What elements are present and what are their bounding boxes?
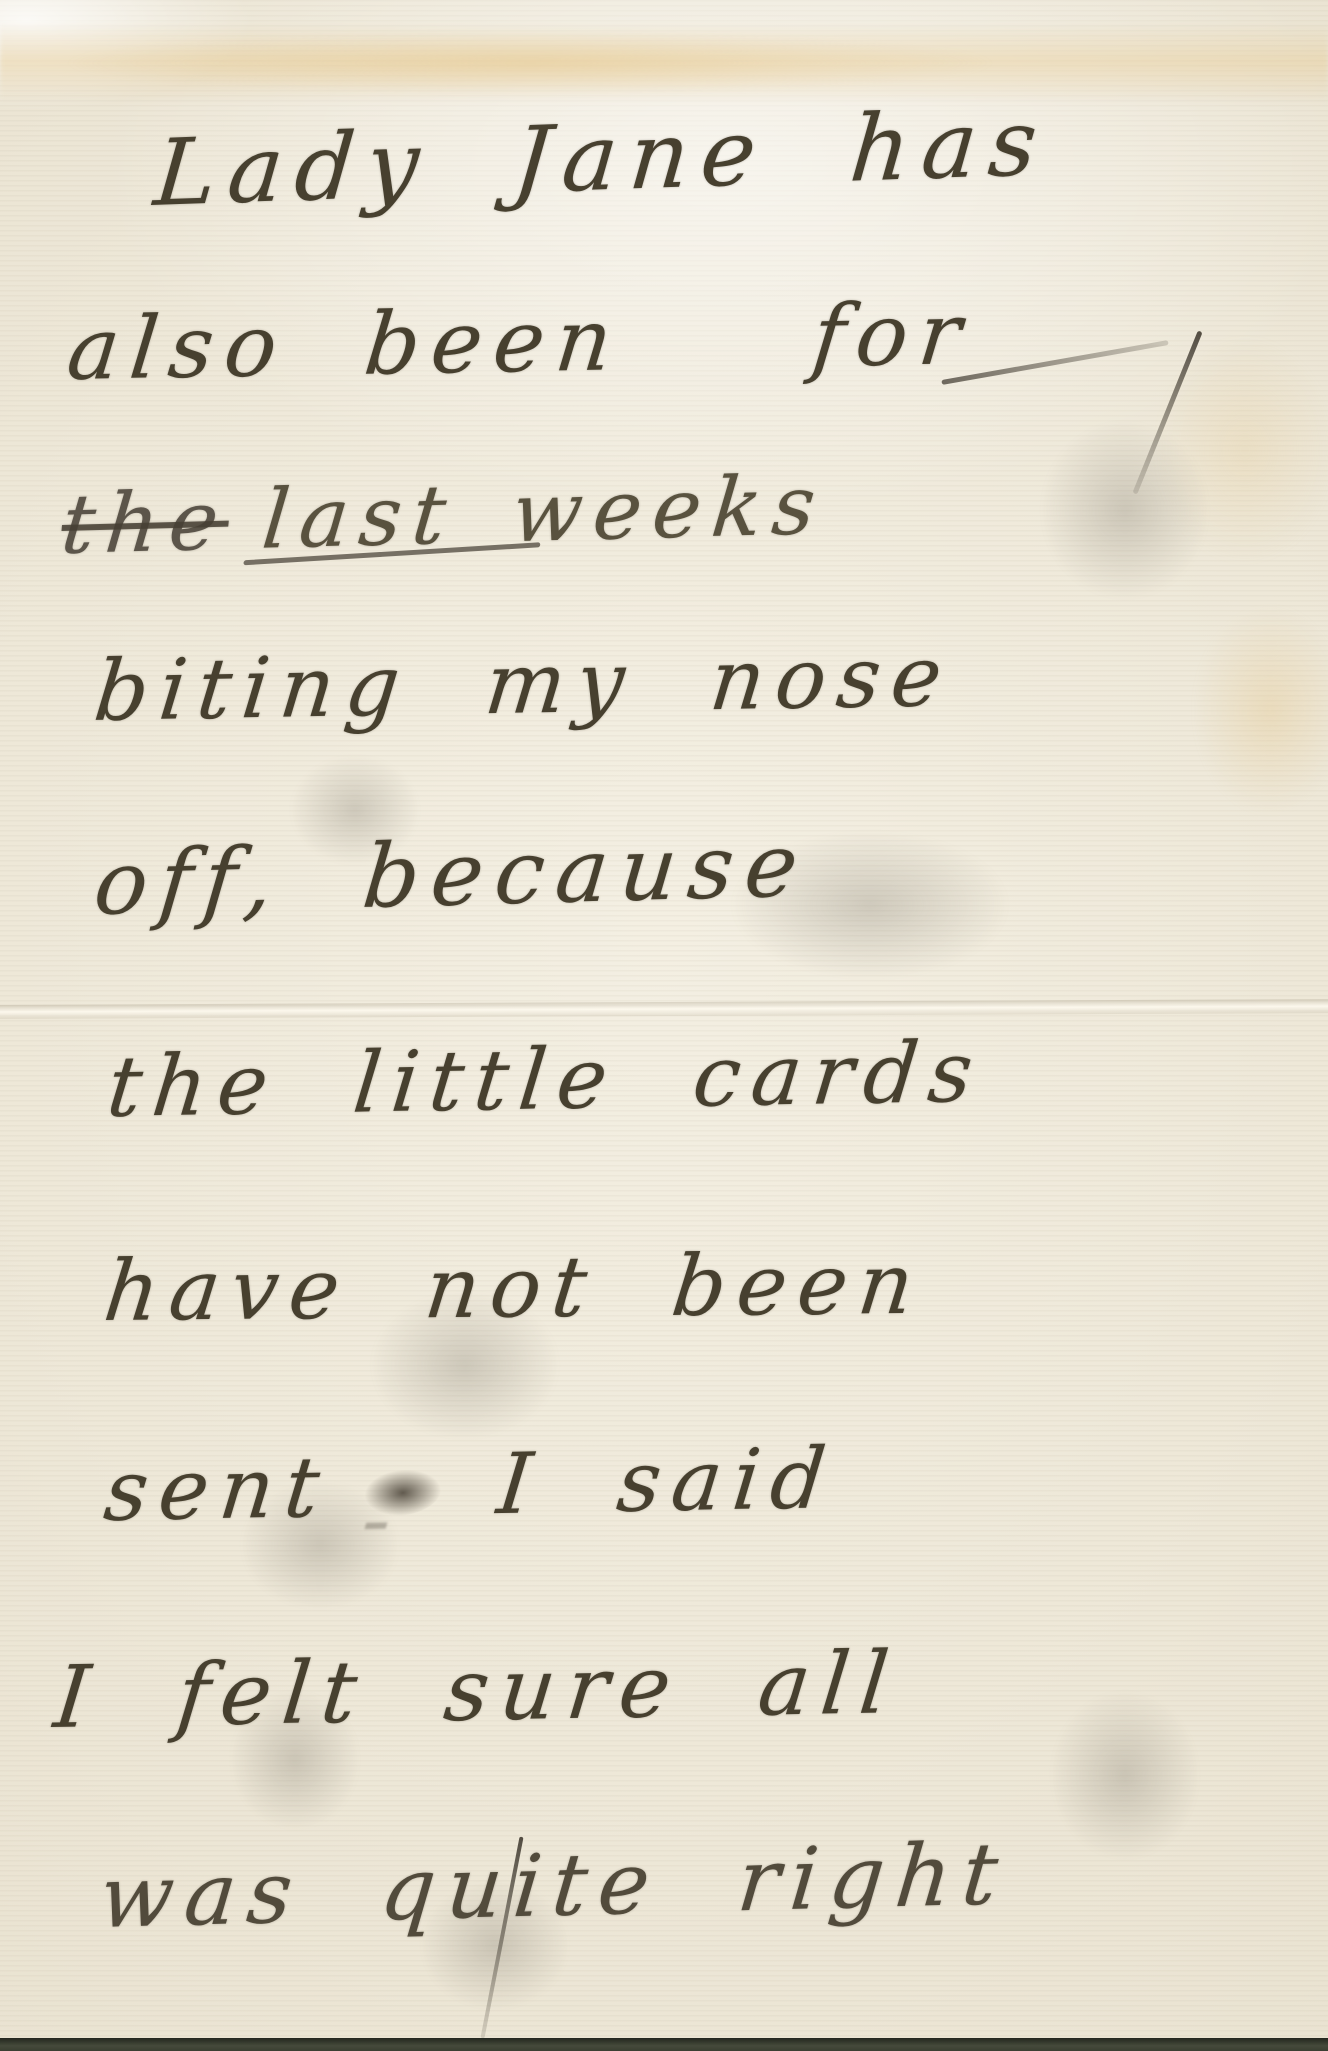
pen-flourish-been-swash — [941, 340, 1168, 385]
handwriting-text: last — [258, 468, 461, 568]
handwriting-text: weeks — [508, 458, 830, 561]
handwriting-text: was quite right — [95, 1824, 1013, 1948]
struck-out-word: the — [57, 474, 233, 573]
fold-crease — [0, 999, 1328, 1019]
age-stain-right — [1190, 600, 1328, 820]
handwriting-text: sent — [100, 1438, 335, 1540]
handwriting-text: I said — [493, 1429, 841, 1533]
handwriting-text: I felt sure all — [50, 1633, 905, 1748]
handwriting-line-4: biting my nose — [90, 627, 958, 740]
handwriting-line-10: was quite right — [95, 1824, 1013, 1948]
handwriting-line-7: have not been — [99, 1235, 929, 1340]
handwriting-line-1: Lady Jane has — [150, 89, 1053, 227]
handwriting-text: for — [808, 284, 977, 387]
ink-dash-blob: - — [363, 1469, 444, 1516]
handwriting-text: biting my nose — [90, 627, 958, 740]
letter-page: Lady Jane has also beenfor thelastweeks … — [0, 0, 1328, 2051]
handwriting-text: off, because — [90, 813, 814, 935]
age-stain-band-strong — [40, 30, 1020, 96]
handwriting-line-2: also beenfor — [63, 284, 977, 400]
ink-blot — [1040, 420, 1210, 600]
handwriting-text: also been — [63, 290, 628, 400]
handwriting-text: have not been — [99, 1235, 929, 1340]
handwriting-line-3: thelastweeks — [57, 458, 830, 573]
ink-blot — [1050, 1690, 1200, 1860]
handwriting-text: the little cards — [103, 1023, 988, 1136]
handwriting-text: Lady Jane has — [150, 89, 1053, 227]
scan-edge-strip — [0, 2038, 1328, 2051]
letter-scan: { "document": { "kind": "handwritten-let… — [0, 0, 1328, 2051]
handwriting-line-5: off, because — [90, 813, 814, 935]
handwriting-line-8: sent-I said — [100, 1429, 841, 1540]
handwriting-line-9: I felt sure all — [50, 1633, 905, 1748]
handwriting-line-6: the little cards — [103, 1023, 988, 1136]
